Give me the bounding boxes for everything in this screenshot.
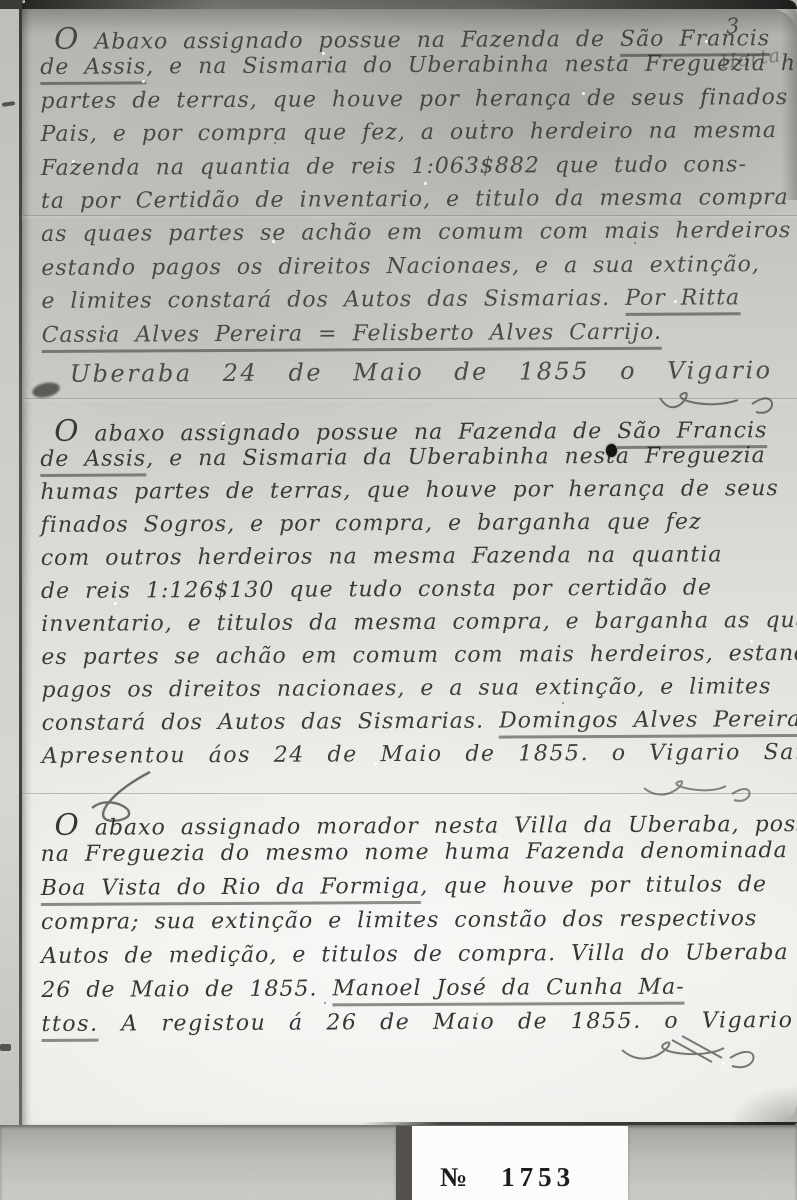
manuscript-line: Pais, e por compra que fez, a outro herd… bbox=[41, 118, 789, 155]
stray-ink-mark bbox=[0, 1044, 11, 1051]
manuscript-line: na Freguezia do mesmo nome huma Fazenda … bbox=[41, 838, 789, 876]
underlined-text: Por Ritta bbox=[625, 285, 740, 316]
line-text: com outros herdeiros na mesma Fazenda na… bbox=[41, 542, 723, 571]
manuscript-line: inventario, e titulos da mesma compra, e… bbox=[41, 608, 789, 645]
ink-smudge bbox=[31, 380, 61, 400]
numero-symbol: № bbox=[440, 1162, 467, 1192]
manuscript-line: estando pagos os direitos Nacionaes, e a… bbox=[41, 252, 789, 289]
manuscript-line: Fazenda na quantia de reis 1:063$882 que… bbox=[41, 152, 789, 189]
manuscript-line: O abaxo assignado possue na Fazenda de S… bbox=[40, 410, 788, 447]
underlined-text: de Assis bbox=[40, 55, 146, 86]
scanned-manuscript-page: 3 Horta O Abaxo assignado possue na Faze… bbox=[0, 0, 797, 1200]
line-text: 26 de Maio de 1855. bbox=[41, 976, 332, 1003]
manuscript-line: finados Sogros, e por compra, e barganha… bbox=[41, 509, 789, 546]
manuscript-line: es partes se achão em comum com mais her… bbox=[41, 641, 789, 678]
label-edge-bar bbox=[396, 1126, 412, 1200]
adjacent-page-edge bbox=[0, 0, 21, 1125]
line-text: O Abaxo assignado possue na Fazenda de bbox=[54, 27, 620, 55]
line-text: as quaes partes se achão em comum com ma… bbox=[41, 218, 791, 247]
line-text: Pais, e por compra que fez, a outro herd… bbox=[41, 118, 778, 147]
line-text: O abaxo assignado possue na Fazenda de bbox=[54, 419, 617, 447]
line-text: , e na Sismaria da Uberabinha nesta Freg… bbox=[146, 443, 766, 471]
manuscript-line: partes de terras, que houve por herança … bbox=[40, 85, 788, 122]
manuscript-line: O abaxo assignado morador nesta Villa da… bbox=[40, 804, 788, 842]
underlined-text: ttos. bbox=[41, 1012, 98, 1042]
manuscript-line: com outros herdeiros na mesma Fazenda na… bbox=[41, 542, 789, 579]
line-text: A registou á 26 de Maio de 1855. o Vigar… bbox=[99, 1007, 797, 1036]
line-text: O abaxo assignado morador nesta Villa da… bbox=[54, 812, 797, 841]
manuscript-line: ta por Certidão de inventario, e titulo … bbox=[41, 185, 789, 222]
line-text: Fazenda na quantia de reis 1:063$882 que… bbox=[41, 152, 747, 181]
curled-corner-shadow bbox=[727, 1085, 797, 1125]
manuscript-line: de Assis, e na Sismaria da Uberabinha ne… bbox=[40, 443, 788, 480]
line-text: finados Sogros, e por compra, e barganha… bbox=[41, 509, 702, 537]
manuscript-date-line: Apresentou áos 24 de Maio de 1855. o Vig… bbox=[42, 740, 790, 777]
manuscript-line: compra; sua extinção e limites constão d… bbox=[41, 906, 789, 944]
underlined-text: Cassia Alves Pereira = Felisberto Alves … bbox=[42, 319, 662, 352]
line-text: compra; sua extinção e limites constão d… bbox=[41, 906, 757, 935]
manuscript-signature-line: Cassia Alves Pereira = Felisberto Alves … bbox=[42, 319, 790, 356]
line-text: es partes se achão em comum com mais her… bbox=[41, 641, 797, 670]
archive-number: 1753 bbox=[501, 1162, 575, 1192]
line-text: ta por Certidão de inventario, e titulo … bbox=[41, 185, 789, 214]
line-text: humas partes de terras, que houve por he… bbox=[40, 476, 778, 505]
manuscript-signature-line: 26 de Maio de 1855. Manoel José da Cunha… bbox=[41, 974, 789, 1012]
underlined-text: Manoel José da Cunha Ma- bbox=[332, 975, 684, 1007]
manuscript-line: de Assis, e na Sismaria do Uberabinha ne… bbox=[40, 51, 788, 88]
manuscript-line: e limites constará dos Autos das Sismari… bbox=[41, 285, 789, 322]
underlined-text: Domingos Alves Pereira bbox=[499, 707, 797, 739]
register-entry-2: O abaxo assignado possue na Fazenda de S… bbox=[40, 410, 790, 777]
label-number-text: №1753 bbox=[440, 1162, 575, 1193]
line-text: de reis 1:126$130 que tudo consta por ce… bbox=[41, 575, 712, 604]
paper-crease bbox=[22, 793, 797, 794]
line-text: na Freguezia do mesmo nome huma Fazenda … bbox=[41, 838, 788, 867]
register-entry-1: O Abaxo assignado possue na Fazenda de S… bbox=[40, 18, 790, 393]
manuscript-line: O Abaxo assignado possue na Fazenda de S… bbox=[40, 18, 788, 55]
manuscript-date-line: ttos. A registou á 26 de Maio de 1855. o… bbox=[41, 1008, 789, 1046]
manuscript-line: Boa Vista do Rio da Formiga, que houve p… bbox=[41, 872, 789, 910]
line-text: , e na Sismaria do Uberabinha nesta Freg… bbox=[146, 51, 797, 80]
line-text: Uberaba 24 de Maio de 1855 o Vigario San… bbox=[70, 355, 797, 387]
line-text: partes de terras, que houve por herança … bbox=[40, 85, 788, 114]
line-text: e limites constará dos Autos das Sismari… bbox=[41, 286, 625, 314]
line-text: , que houve por titulos de bbox=[420, 872, 767, 899]
underlined-text: de Assis bbox=[40, 446, 146, 477]
underlined-text: Boa Vista do Rio da Formiga bbox=[41, 874, 421, 906]
manuscript-line: de reis 1:126$130 que tudo consta por ce… bbox=[41, 575, 789, 612]
manuscript-line: as quaes partes se achão em comum com ma… bbox=[41, 218, 789, 255]
line-text: constará dos Autos das Sismarias. bbox=[42, 709, 500, 736]
ink-blot bbox=[606, 444, 617, 457]
manuscript-line: Autos de medição, e titulos de compra. V… bbox=[41, 940, 789, 978]
line-text: Apresentou áos 24 de Maio de 1855. o Vig… bbox=[42, 740, 797, 769]
line-text: estando pagos os direitos Nacionaes, e a… bbox=[41, 252, 760, 281]
manuscript-date-line: Uberaba 24 de Maio de 1855 o Vigario San… bbox=[42, 356, 790, 393]
paper-dark-specks bbox=[22, 0, 24, 2]
register-entry-3: O abaxo assignado morador nesta Villa da… bbox=[40, 804, 789, 1046]
manuscript-signature-line: constará dos Autos das Sismarias. Doming… bbox=[42, 707, 790, 744]
manuscript-line: humas partes de terras, que houve por he… bbox=[40, 476, 788, 513]
paper-crease bbox=[22, 398, 797, 399]
line-text: pagos os direitos nacionaes, e a sua ext… bbox=[41, 674, 771, 703]
page-top-edge-shadow bbox=[22, 0, 797, 9]
manuscript-page: 3 Horta O Abaxo assignado possue na Faze… bbox=[22, 0, 797, 1125]
line-text: Autos de medição, e titulos de compra. V… bbox=[41, 940, 789, 969]
line-text: inventario, e titulos da mesma compra, e… bbox=[41, 608, 797, 637]
manuscript-line: pagos os direitos nacionaes, e a sua ext… bbox=[41, 674, 789, 711]
archive-number-label: №1753 bbox=[396, 1126, 628, 1200]
